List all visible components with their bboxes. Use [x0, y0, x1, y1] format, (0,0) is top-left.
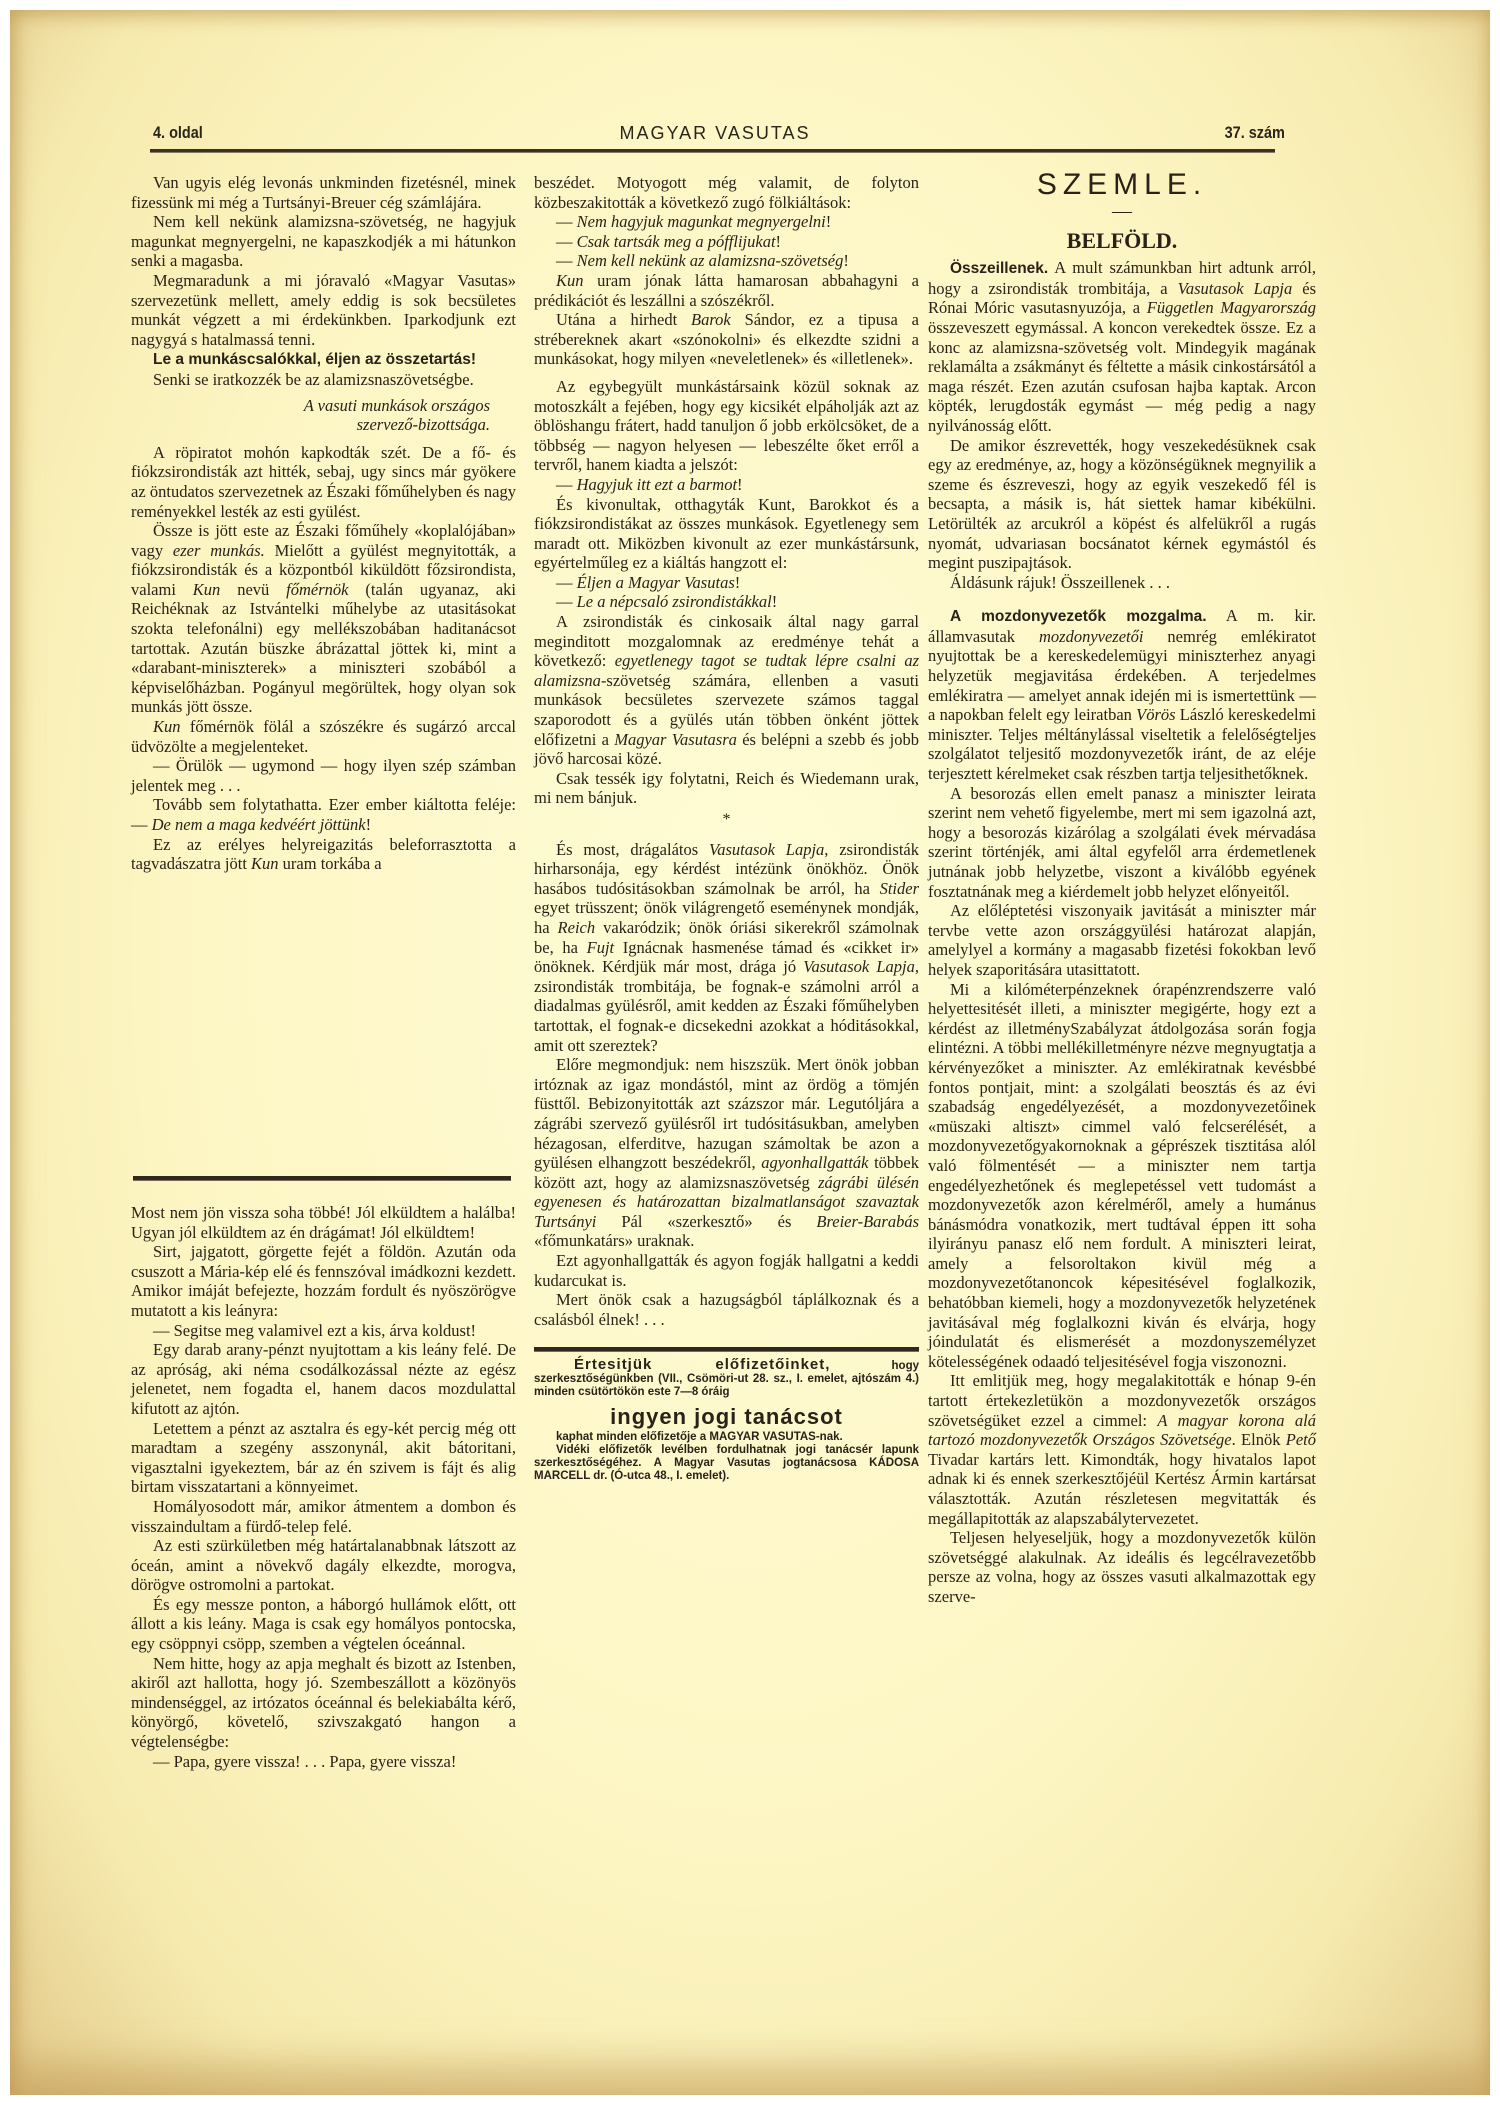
column-2-article: beszédet. Motyogott még valamit, de foly…: [534, 173, 919, 1483]
paragraph: Össze is jött este az Északi főműhely «k…: [131, 521, 516, 717]
section-title: SZEMLE.: [928, 175, 1316, 195]
shout: — Nem hagyjuk magunkat megnyergelni!: [534, 212, 919, 232]
paragraph: Előre megmondjuk: nem hiszszük. Mert önö…: [534, 1055, 919, 1251]
shout: — Hagyjuk itt ezt a barmot!: [534, 475, 919, 495]
advert-rule: [534, 1347, 919, 1352]
advert-text: Vidéki előfizetők levélben fordulhatnak …: [534, 1444, 919, 1483]
newspaper-page: 4. oldal MAGYAR VASUTAS 37. szám Van ugy…: [10, 10, 1490, 2095]
shout: — Éljen a Magyar Vasutas!: [534, 573, 919, 593]
shout: — Csak tartsák meg a pófflijukat!: [534, 232, 919, 252]
article-heading: A mozdonyvezetők mozgalma.: [950, 608, 1207, 625]
paragraph: Letettem a pénzt az asztalra és egy-két …: [131, 1419, 516, 1497]
article-heading: Összeillenek.: [950, 260, 1048, 277]
page-header: 4. oldal MAGYAR VASUTAS 37. szám: [145, 121, 1285, 147]
paragraph: A röpiratot mohón kapkodták szét. De a f…: [131, 443, 516, 521]
shout: — Le a népcsaló zsirondistákkal!: [534, 592, 919, 612]
subsection-title: BELFÖLD.: [928, 231, 1316, 251]
paragraph: A besorozás ellen emelt panasz a miniszt…: [928, 784, 1316, 902]
shout: — Nem kell nekünk az alamizsna-szövetség…: [534, 251, 919, 271]
title-dash: —: [928, 201, 1316, 221]
paragraph: Az egybegyült munkástársaink közül sokna…: [534, 377, 919, 475]
publication-title: MAGYAR VASUTAS: [145, 123, 1285, 144]
paragraph: És egy messze ponton, a háborgó hullámok…: [131, 1595, 516, 1654]
paragraph: Megmaradunk a mi jóravaló «Magyar Vasuta…: [131, 271, 516, 349]
signature: A vasuti munkások országos szervező-bizo…: [131, 396, 516, 435]
slogan-text: Le a munkáscsalókkal, éljen az összetart…: [153, 351, 476, 368]
paragraph: Most nem jön vissza soha többé! Jól elkü…: [131, 1203, 516, 1242]
advert-text: kaphat minden előfizetője a MAGYAR VASUT…: [534, 1431, 919, 1444]
column-1-bottom-story: Most nem jön vissza soha többé! Jól elkü…: [131, 1203, 516, 1771]
paragraph: Kun főmérnök fölál a szószékre és sugárz…: [131, 717, 516, 756]
paragraph: Az előléptetési viszonyaik javitását a m…: [928, 901, 1316, 979]
paragraph: Áldásunk rájuk! Összeillenek . . .: [928, 573, 1316, 593]
paragraph: Sirt, jajgatott, görgette fejét a földön…: [131, 1242, 516, 1320]
signature-line: szervező-bizottsága.: [131, 415, 516, 435]
signature-line: A vasuti munkások országos: [131, 396, 516, 416]
paragraph: A zsirondisták és cinkosaik által nagy g…: [534, 612, 919, 769]
paragraph: Egy darab arany-pénzt nyujtottam a kis l…: [131, 1340, 516, 1418]
slogan: Le a munkáscsalókkal, éljen az összetart…: [131, 349, 516, 370]
article-paragraph: Összeillenek. A mult számunkban hirt adt…: [928, 258, 1316, 435]
paragraph: Van ugyis elég levonás unkminden fizetés…: [131, 173, 516, 212]
paragraph: Csak tessék igy folytatni, Reich és Wied…: [534, 769, 919, 808]
paragraph: Itt emlitjük meg, hogy megalakitották e …: [928, 1371, 1316, 1528]
paragraph: Teljesen helyeseljük, hogy a mozdonyveze…: [928, 1528, 1316, 1606]
advert-headline: ingyen jogi tanácsot: [534, 1405, 919, 1429]
paragraph: Tovább sem folytathatta. Ezer ember kiál…: [131, 795, 516, 834]
section-divider: [133, 1176, 511, 1181]
paragraph: Nem hitte, hogy az apja meghalt és bizot…: [131, 1654, 516, 1752]
paragraph: Kun uram jónak látta hamarosan abbahagyn…: [534, 271, 919, 310]
paragraph: Senki se iratkozzék be az alamizsnaszöve…: [131, 370, 516, 390]
header-rule: [150, 149, 1275, 153]
article-paragraph: A mozdonyvezetők mozgalma. A m. kir. áll…: [928, 606, 1316, 783]
paragraph: Az esti szürkületben még határtalanabbna…: [131, 1536, 516, 1595]
advert-lead: Értesitjük előfizetőinket,: [556, 1356, 830, 1373]
paragraph: — Örülök — ugymond — hogy ilyen szép szá…: [131, 756, 516, 795]
column-1-top-article: Van ugyis elég levonás unkminden fizetés…: [131, 173, 516, 874]
paragraph: És most, drágalátos Vasutasok Lapja, zsi…: [534, 840, 919, 1056]
paragraph: Mi a kilóméterpénzeknek órapénzrendszerr…: [928, 980, 1316, 1372]
paragraph: Nem kell nekünk alamizsna-szövetség, ne …: [131, 212, 516, 271]
paragraph: Utána a hirhedt Barok Sándor, ez a tipus…: [534, 310, 919, 369]
paragraph: — Segitse meg valamivel ezt a kis, árva …: [131, 1321, 516, 1341]
paragraph: Ezt agyonhallgatták és agyon fogják hall…: [534, 1251, 919, 1290]
issue-number: 37. szám: [1225, 123, 1285, 143]
section-break-asterisk: *: [534, 810, 919, 830]
column-3-review: SZEMLE. — BELFÖLD. Összeillenek. A mult …: [928, 173, 1316, 1607]
paragraph: — Papa, gyere vissza! . . . Papa, gyere …: [131, 1752, 516, 1772]
paragraph: És kivonultak, otthagyták Kunt, Barokkot…: [534, 495, 919, 573]
paragraph: De amikor észrevették, hogy veszekedésük…: [928, 436, 1316, 573]
legal-advice-advert: Értesitjük előfizetőinket, hogy szerkesz…: [534, 1358, 919, 1483]
paragraph: beszédet. Motyogott még valamit, de foly…: [534, 173, 919, 212]
paragraph: Ez az erélyes helyreigazitás beleforrasz…: [131, 835, 516, 874]
paragraph: Mert önök csak a hazugságból táplálkozna…: [534, 1290, 919, 1329]
paragraph: Homályosodott már, amikor átmentem a dom…: [131, 1497, 516, 1536]
